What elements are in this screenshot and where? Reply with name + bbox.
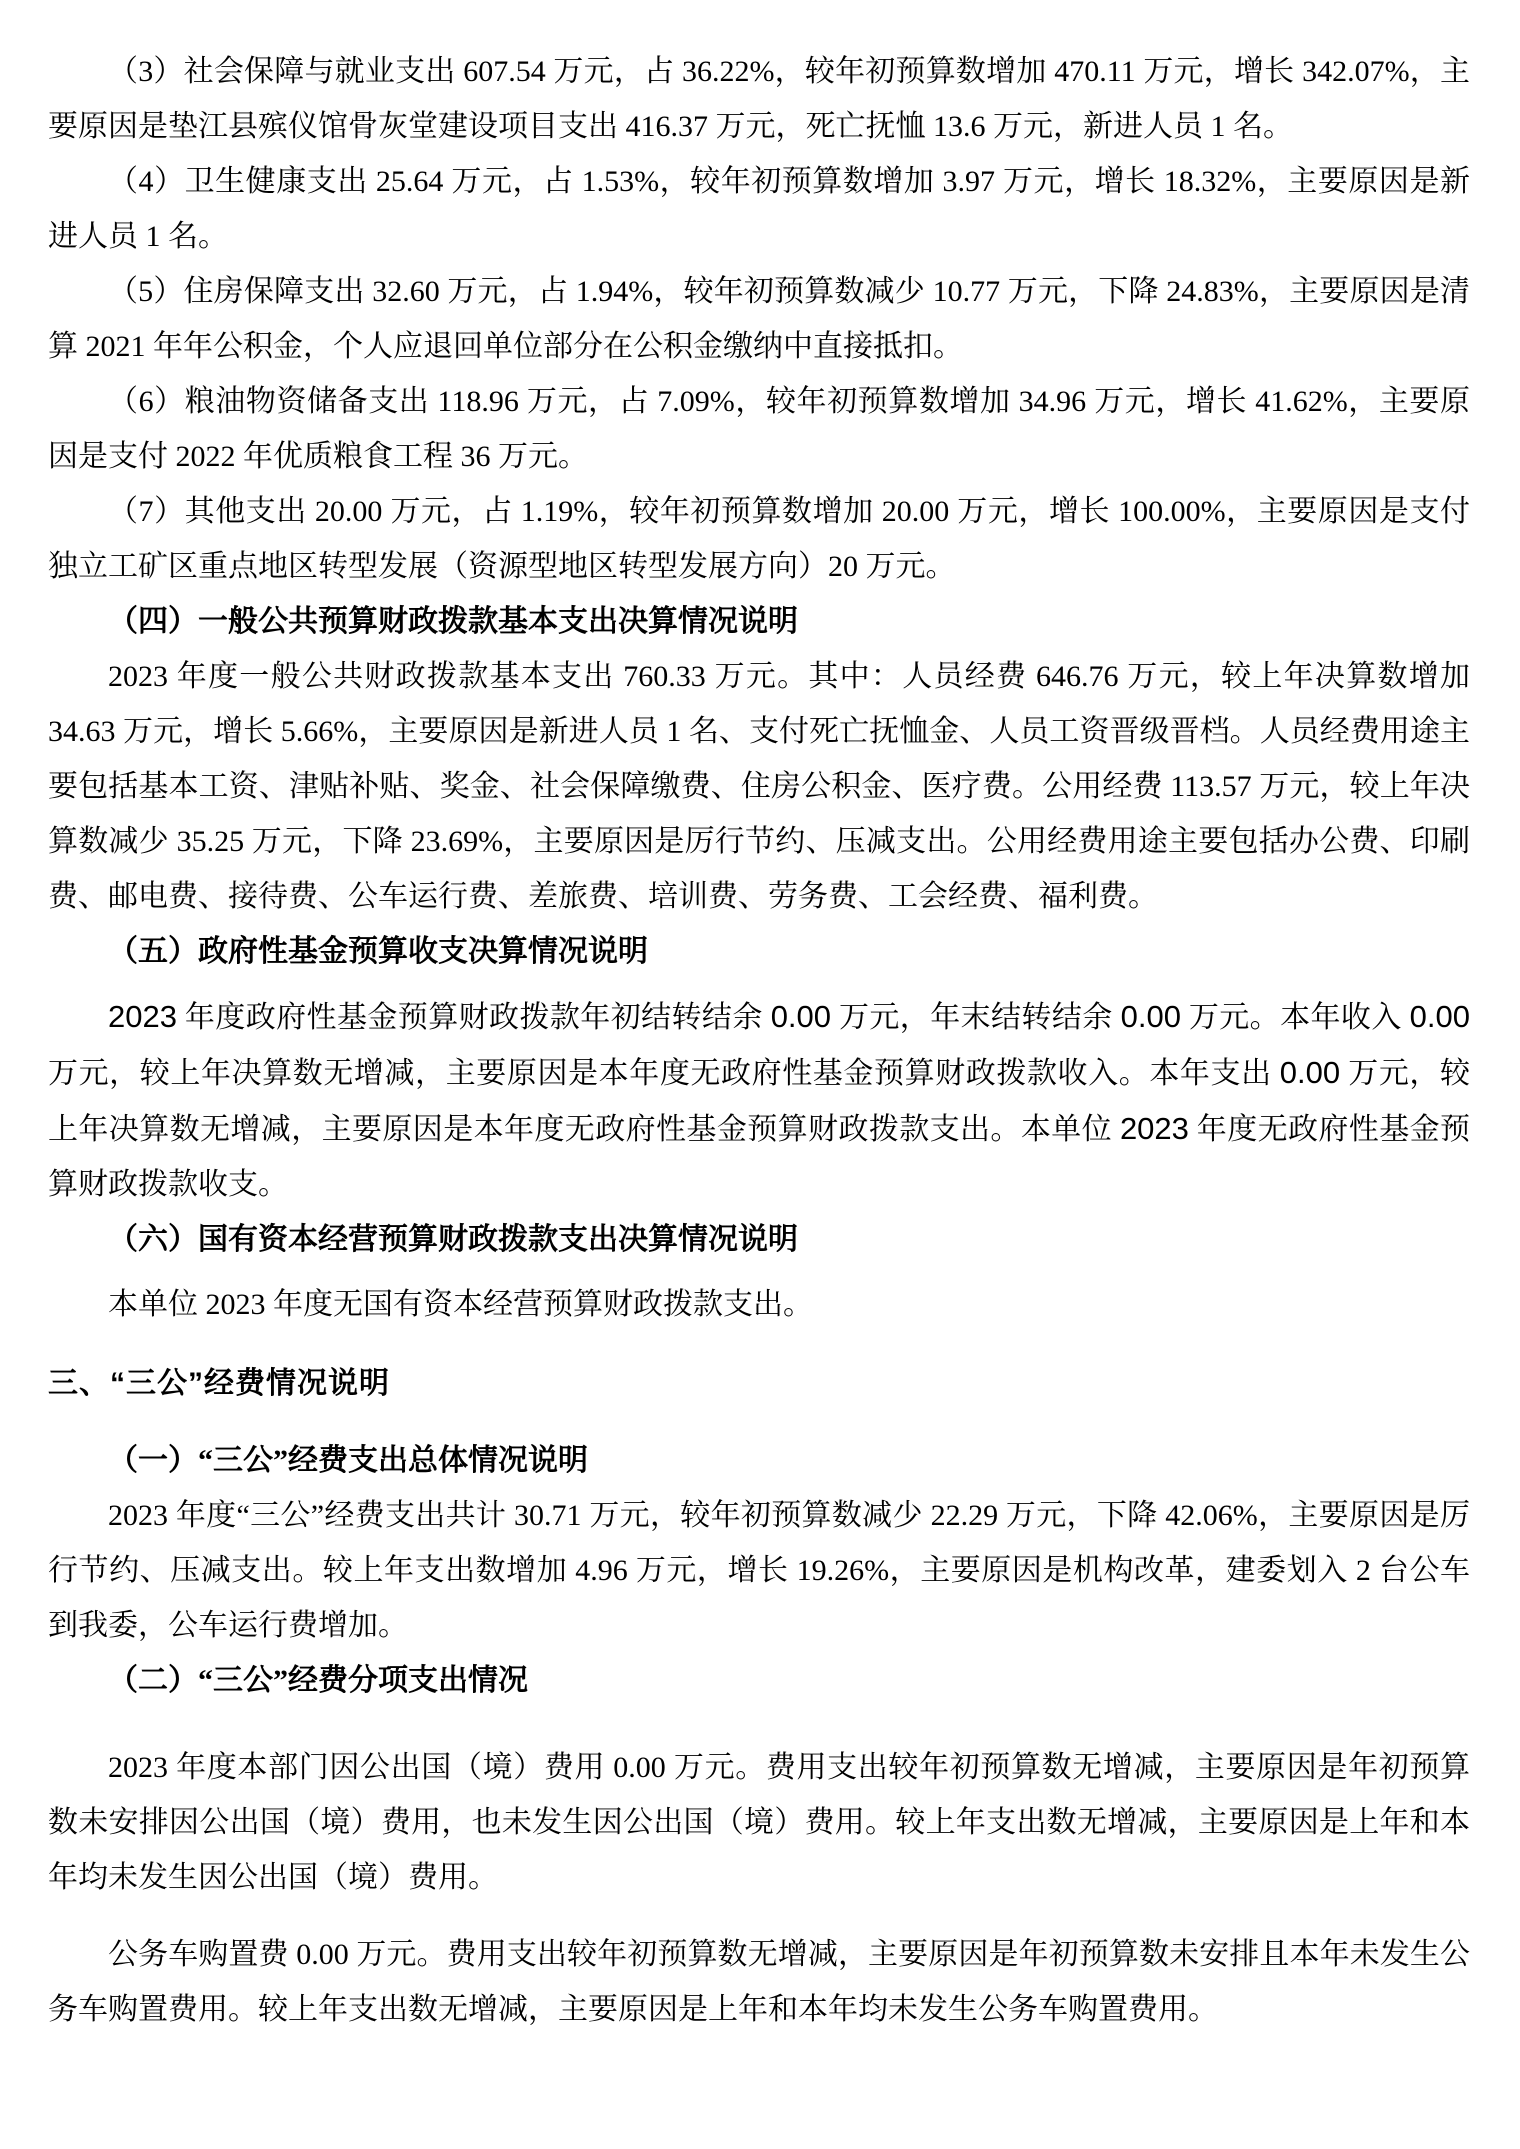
- para-health-expense: （4）卫生健康支出 25.64 万元，占 1.53%，较年初预算数增加 3.97…: [48, 154, 1470, 264]
- document-page: （3）社会保障与就业支出 607.54 万元，占 36.22%，较年初预算数增加…: [0, 0, 1520, 2149]
- para-official-vehicle-purchase-expense: 公务车购置费 0.00 万元。费用支出较年初预算数无增减，主要原因是年初预算数未…: [48, 1927, 1470, 2037]
- sans-style-number: 0.00: [1280, 1055, 1340, 1090]
- heading-part-3-three-public-funds: 三、“三公”经费情况说明: [48, 1356, 1470, 1411]
- heading-section-4-basic-expenditure: （四）一般公共预算财政拨款基本支出决算情况说明: [48, 594, 1470, 649]
- para-basic-expenditure-detail: 2023 年度一般公共财政拨款基本支出 760.33 万元。其中：人员经费 64…: [48, 649, 1470, 924]
- para-government-fund-detail: 2023 年度政府性基金预算财政拨款年初结转结余 0.00 万元，年末结转结余 …: [48, 989, 1470, 1212]
- para-overseas-trip-expense: 2023 年度本部门因公出国（境）费用 0.00 万元。费用支出较年初预算数无增…: [48, 1740, 1470, 1905]
- heading-section-6-state-capital: （六）国有资本经营预算财政拨款支出决算情况说明: [48, 1212, 1470, 1267]
- sans-style-number: 2023: [1120, 1111, 1189, 1146]
- heading-section-5-government-fund: （五）政府性基金预算收支决算情况说明: [48, 924, 1470, 979]
- para-state-capital-detail: 本单位 2023 年度无国有资本经营预算财政拨款支出。: [48, 1277, 1470, 1332]
- para-grain-reserve-expense: （6）粮油物资储备支出 118.96 万元，占 7.09%，较年初预算数增加 3…: [48, 374, 1470, 484]
- sans-style-number: 0.00: [771, 999, 831, 1034]
- sans-style-number: 0.00: [1121, 999, 1181, 1034]
- heading-three-public-itemized: （二）“三公”经费分项支出情况: [48, 1653, 1470, 1708]
- sans-style-number: 0.00: [1410, 999, 1470, 1034]
- para-housing-security-expense: （5）住房保障支出 32.60 万元，占 1.94%，较年初预算数减少 10.7…: [48, 264, 1470, 374]
- para-other-expense: （7）其他支出 20.00 万元，占 1.19%，较年初预算数增加 20.00 …: [48, 484, 1470, 594]
- sans-style-number: 2023: [108, 999, 177, 1034]
- para-three-public-overall-detail: 2023 年度“三公”经费支出共计 30.71 万元，较年初预算数减少 22.2…: [48, 1488, 1470, 1653]
- para-social-security-employment-expense: （3）社会保障与就业支出 607.54 万元，占 36.22%，较年初预算数增加…: [48, 44, 1470, 154]
- heading-three-public-overall: （一）“三公”经费支出总体情况说明: [48, 1433, 1470, 1488]
